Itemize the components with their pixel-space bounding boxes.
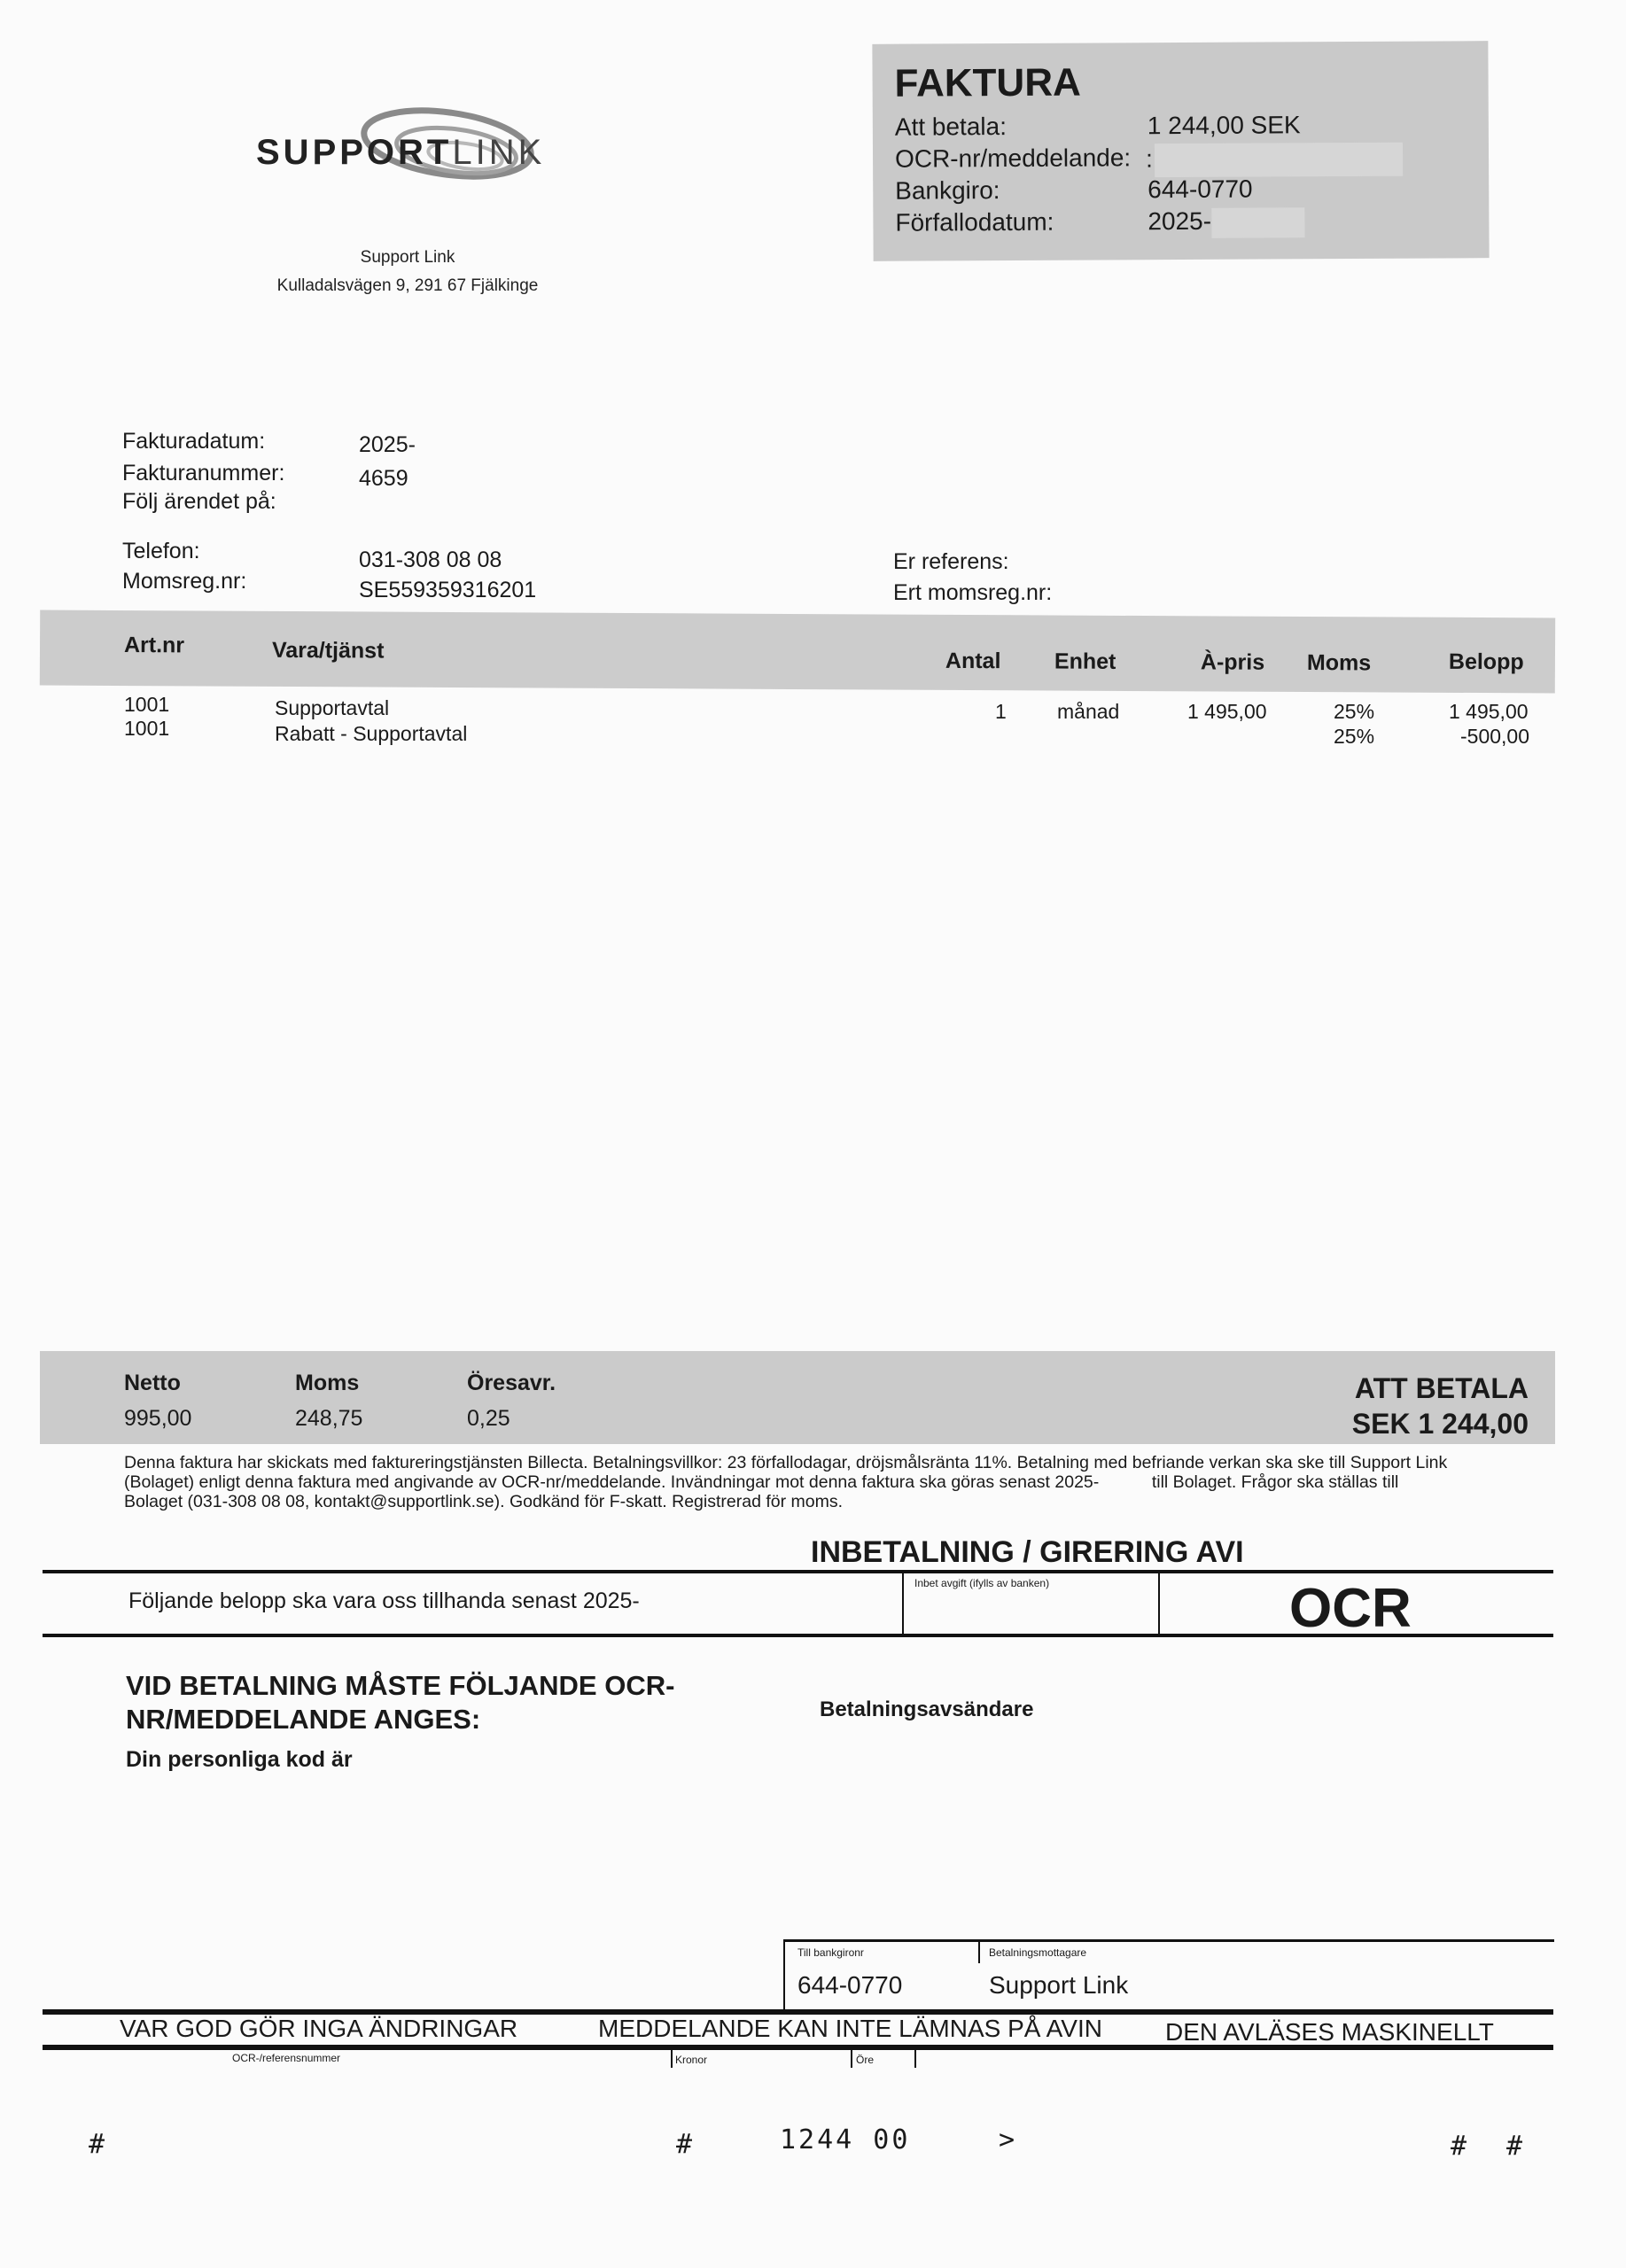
divider: [43, 1634, 1553, 1637]
deadline-text: Följande belopp ska vara oss tillhanda s…: [128, 1588, 640, 1614]
cell-unit: månad: [1057, 700, 1119, 724]
your-reference-label: Er referens:: [893, 549, 1009, 575]
col-unit: Enhet: [1054, 649, 1116, 675]
invoice-title: FAKTURA: [894, 61, 1080, 106]
warning-no-message: MEDDELANDE KAN INTE LÄMNAS PÅ AVIN: [598, 2015, 1102, 2043]
cell-price: 1 495,00: [1187, 700, 1267, 724]
cell-amount: -500,00: [1460, 725, 1529, 749]
summary-row-amount: Att betala:1 244,00 SEK: [895, 113, 1007, 142]
ocr-label: OCR: [1289, 1577, 1412, 1640]
cell-vat: 25%: [1334, 700, 1374, 724]
giro-title: INBETALNING / GIRERING AVI: [811, 1535, 1244, 1570]
bank-fee-label: Inbet avgift (ifylls av banken): [914, 1577, 1049, 1589]
ocr-required-notice: VID BETALNING MÅSTE FÖLJANDE OCR- NR/MED…: [126, 1669, 674, 1736]
redacted-date: [1211, 207, 1304, 238]
warning-no-changes: VAR GOD GÖR INGA ÄNDRINGAR: [120, 2015, 517, 2043]
terms-line: Bolaget (031-308 08 08, kontakt@supportl…: [124, 1492, 1542, 1511]
payer-label: Betalningsavsändare: [820, 1697, 1033, 1722]
divider: [671, 2050, 673, 2068]
divider: [851, 2050, 852, 2068]
amount-due: ATT BETALA SEK 1 244,00: [1352, 1371, 1529, 1441]
divider: [914, 2050, 916, 2068]
logo-wordmark: SUPPORTLINK: [256, 133, 545, 173]
cell-art: 1001: [124, 717, 169, 741]
invoice-number-label: Fakturanummer:: [122, 461, 284, 486]
divider: [978, 1942, 980, 1963]
invoice-date-label: Fakturadatum:: [122, 429, 265, 454]
amount-due-value: SEK 1 244,00: [1352, 1406, 1529, 1441]
ocr-hash: #: [676, 2129, 692, 2160]
col-amount: Belopp: [1449, 649, 1524, 675]
phone: 031-308 08 08: [359, 548, 502, 573]
col-qty: Antal: [945, 649, 1001, 674]
col-item: Vara/tjänst: [272, 638, 385, 664]
cell-amount: 1 495,00: [1449, 700, 1529, 724]
summary-row-duedate: Förfallodatum:2025-: [895, 208, 1054, 237]
divider: [43, 1570, 1553, 1573]
warning-machine-read: DEN AVLÄSES MASKINELLT: [1165, 2018, 1494, 2047]
ocr-hash: #: [1506, 2131, 1522, 2162]
rounding-value: 0,25: [467, 1406, 510, 1432]
ore-label: Öre: [856, 2054, 874, 2066]
invoice-summary-box: FAKTURA Att betala:1 244,00 SEK OCR-nr/m…: [872, 41, 1489, 261]
to-bankgiro: 644-0770: [797, 1971, 902, 2000]
net-value: 995,00: [124, 1406, 191, 1432]
follow-label: Följ ärendet på:: [122, 489, 276, 515]
terms-line: (Bolaget) enligt denna faktura med angiv…: [124, 1472, 1542, 1492]
summary-row-bankgiro: Bankgiro:644-0770: [895, 176, 1000, 206]
cell-art: 1001: [124, 693, 169, 717]
recipient-label: Betalningsmottagare: [989, 1946, 1086, 1959]
notice-line: NR/MEDDELANDE ANGES:: [126, 1703, 674, 1736]
recipient: Support Link: [989, 1971, 1128, 2000]
ocr-hash: #: [89, 2129, 105, 2160]
cell-vat: 25%: [1334, 725, 1374, 749]
phone-label: Telefon:: [122, 539, 200, 564]
company-logo: SUPPORTLINK: [253, 97, 554, 186]
vat-total-value: 248,75: [295, 1406, 362, 1432]
payment-terms: Denna faktura har skickats med faktureri…: [124, 1453, 1542, 1511]
notice-line: VID BETALNING MÅSTE FÖLJANDE OCR-: [126, 1669, 674, 1703]
ocr-amount: 1244 00: [780, 2124, 910, 2155]
company-address-block: Support Link Kulladalsvägen 9, 291 67 Fj…: [222, 244, 594, 300]
cell-qty: 1: [995, 700, 1007, 724]
to-bankgiro-label: Till bankgironr: [797, 1946, 864, 1959]
amount-due-label: ATT BETALA: [1352, 1371, 1529, 1406]
redacted-ocr: [1155, 143, 1403, 177]
divider: [43, 2045, 1553, 2050]
terms-line: Denna faktura har skickats med faktureri…: [124, 1453, 1542, 1472]
ocr-arrow: >: [999, 2124, 1015, 2155]
vat-reg-number: SE559359316201: [359, 578, 536, 603]
company-name: Support Link: [222, 244, 594, 272]
cell-item: Rabatt - Supportavtal: [275, 722, 467, 746]
personal-code-label: Din personliga kod är: [126, 1747, 353, 1773]
col-price: À-pris: [1201, 649, 1264, 675]
rounding-label: Öresavr.: [467, 1371, 556, 1396]
cell-item: Supportavtal: [275, 696, 389, 720]
your-vat-label: Ert momsreg.nr:: [893, 580, 1052, 606]
vat-total-label: Moms: [295, 1371, 359, 1396]
invoice-date: 2025-: [359, 432, 416, 458]
totals-bar: Netto 995,00 Moms 248,75 Öresavr. 0,25 A…: [40, 1351, 1555, 1444]
divider: [783, 1939, 785, 2010]
col-art-nr: Art.nr: [124, 633, 184, 658]
kronor-label: Kronor: [675, 2054, 707, 2066]
summary-row-ocr: OCR-nr/meddelande::: [895, 144, 1131, 173]
items-table-header: Art.nr Vara/tjänst Antal Enhet À-pris Mo…: [40, 610, 1555, 694]
invoice-number: 4659: [359, 466, 408, 492]
vat-reg-label: Momsreg.nr:: [122, 569, 246, 594]
ocr-hash: #: [1451, 2131, 1467, 2162]
divider: [1158, 1572, 1160, 1635]
divider: [783, 1939, 1554, 1942]
company-address: Kulladalsvägen 9, 291 67 Fjälkinge: [222, 272, 594, 300]
divider: [902, 1572, 904, 1635]
col-vat: Moms: [1307, 650, 1371, 676]
net-label: Netto: [124, 1371, 181, 1396]
ocr-ref-label: OCR-/referensnummer: [232, 2052, 340, 2064]
